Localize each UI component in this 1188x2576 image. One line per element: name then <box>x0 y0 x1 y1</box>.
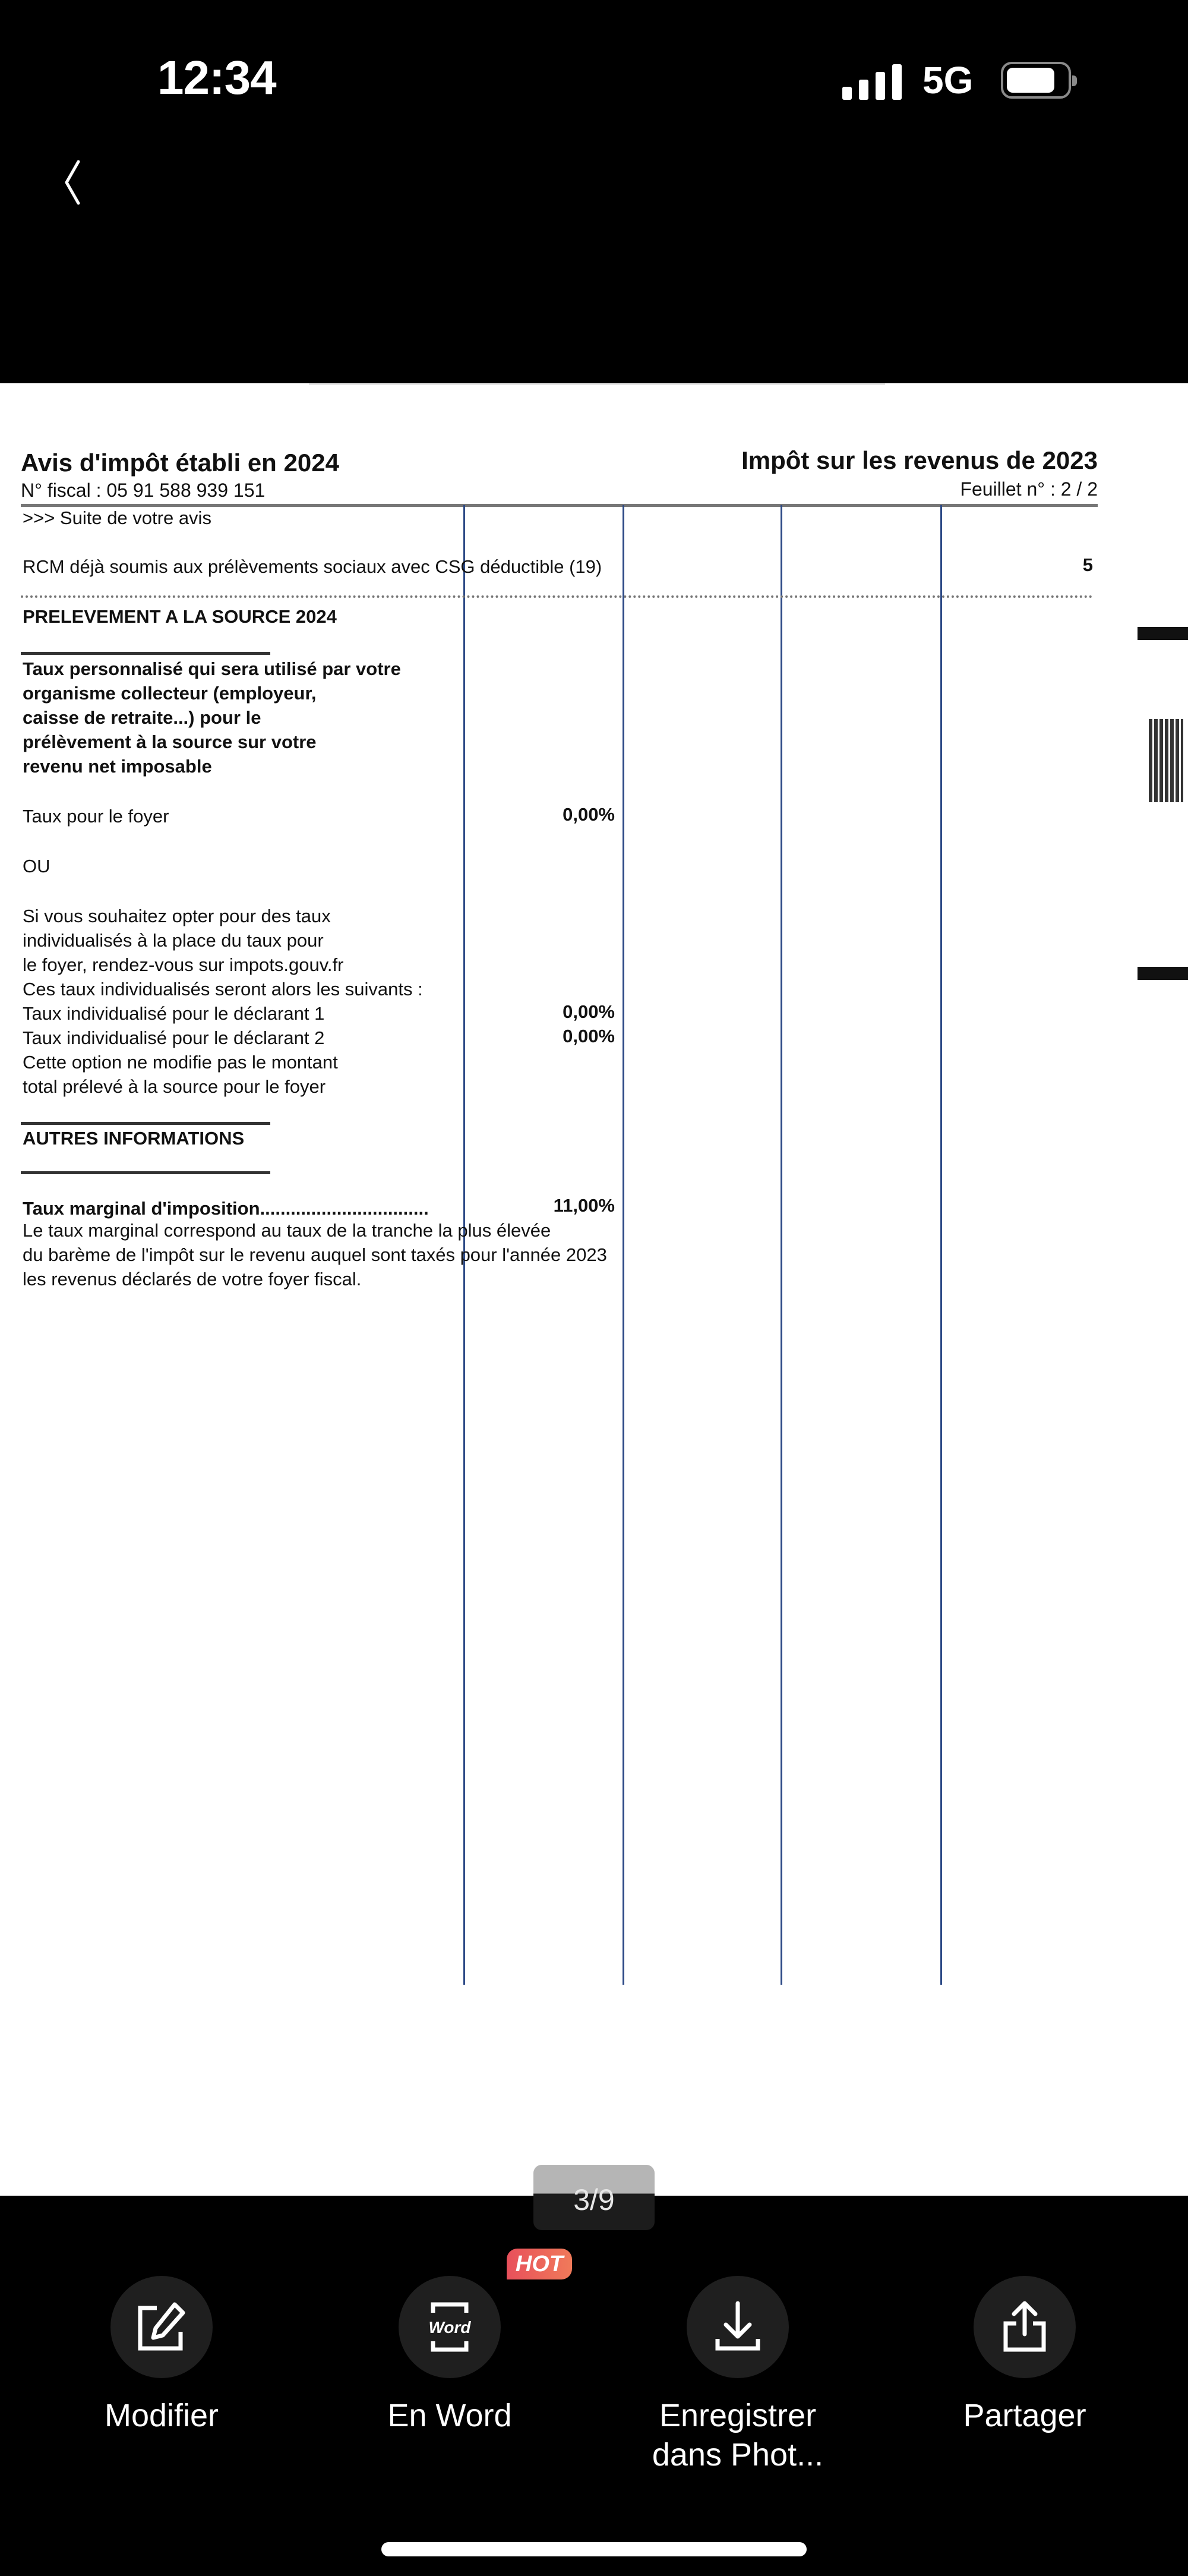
chevron-left-icon <box>59 156 95 209</box>
section-rule <box>21 1171 270 1174</box>
status-bar: 12:34 5G <box>0 0 1188 119</box>
column-line <box>940 505 942 1985</box>
section-rule <box>21 1122 270 1125</box>
option-note-2: total prélevé à la source pour le foyer <box>23 1074 326 1099</box>
status-time: 12:34 <box>157 51 276 105</box>
column-line <box>781 505 782 1985</box>
option-note-1: Cette option ne modifie pas le montant <box>23 1050 338 1074</box>
taux-foyer-value: 0,00% <box>496 804 615 825</box>
individual-text-3: le foyer, rendez-vous sur impots.gouv.fr <box>23 953 343 977</box>
en-word-button[interactable]: Word HOT En Word <box>331 2276 568 2435</box>
word-icon: Word <box>420 2297 479 2357</box>
scan-mark <box>1138 967 1188 980</box>
download-icon <box>708 2297 767 2357</box>
page-indicator-text: 3/9 <box>533 2183 655 2217</box>
taux-marginal-note-1: Le taux marginal correspond au taux de l… <box>23 1218 551 1243</box>
feuillet-number: Feuillet n° : 2 / 2 <box>960 478 1098 500</box>
en-word-label: En Word <box>331 2396 568 2435</box>
page-edge <box>309 383 885 385</box>
save-to-photos-button[interactable]: Enregistrer dans Phot... <box>619 2276 857 2474</box>
individual-text-1: Si vous souhaitez opter pour des taux <box>23 904 331 928</box>
datamatrix-code <box>1149 719 1183 802</box>
declarant1-value: 0,00% <box>496 1001 615 1023</box>
taux-foyer-label: Taux pour le foyer <box>23 804 169 828</box>
hot-badge: HOT <box>507 2249 572 2279</box>
section-rule <box>21 652 270 655</box>
rcm-value: 5 <box>974 554 1093 576</box>
save-label-line1: Enregistrer <box>619 2396 857 2435</box>
taux-marginal-value: 11,00% <box>496 1195 615 1216</box>
partager-button[interactable]: Partager <box>906 2276 1143 2435</box>
declarant1-label: Taux individualisé pour le déclarant 1 <box>23 1001 324 1026</box>
rcm-label: RCM déjà soumis aux prélèvements sociaux… <box>23 554 602 579</box>
network-type: 5G <box>922 58 973 102</box>
home-indicator[interactable] <box>381 2542 807 2556</box>
document-page: Avis d'impôt établi en 2024 N° fiscal : … <box>0 383 1188 2196</box>
doc-title: Avis d'impôt établi en 2024 <box>21 449 339 477</box>
pas-description-1: Taux personnalisé qui sera utilisé par v… <box>23 657 401 681</box>
scan-mark <box>1138 627 1188 640</box>
share-icon <box>995 2297 1054 2357</box>
page-indicator: 3/9 <box>533 2165 655 2230</box>
dotted-separator <box>21 595 1093 598</box>
taux-marginal-note-2: du barème de l'impôt sur le revenu auque… <box>23 1243 607 1267</box>
declarant2-value: 0,00% <box>496 1026 615 1047</box>
save-label-line2: dans Phot... <box>619 2435 857 2474</box>
declarant2-label: Taux individualisé pour le déclarant 2 <box>23 1026 324 1050</box>
modifier-label: Modifier <box>43 2396 280 2435</box>
individual-text-4: Ces taux individualisés seront alors les… <box>23 977 423 1001</box>
taux-marginal-note-3: les revenus déclarés de votre foyer fisc… <box>23 1267 361 1291</box>
svg-text:Word: Word <box>428 2318 471 2337</box>
ou-text: OU <box>23 854 50 878</box>
individual-text-2: individualisés à la place du taux pour <box>23 928 324 953</box>
autres-heading: AUTRES INFORMATIONS <box>23 1126 244 1150</box>
pas-heading: PRELEVEMENT A LA SOURCE 2024 <box>23 604 337 629</box>
modifier-button[interactable]: Modifier <box>43 2276 280 2435</box>
fiscal-number: N° fiscal : 05 91 588 939 151 <box>21 480 265 502</box>
edit-icon <box>132 2297 191 2357</box>
battery-icon <box>1001 62 1071 99</box>
pas-description-5: revenu net imposable <box>23 754 212 778</box>
pas-description-4: prélèvement à la source sur votre <box>23 730 317 754</box>
doc-right-title: Impôt sur les revenus de 2023 <box>741 446 1098 475</box>
pas-description-3: caisse de retraite...) pour le <box>23 705 261 730</box>
suite-text: >>> Suite de votre avis <box>23 506 211 530</box>
taux-marginal-label: Taux marginal d'imposition..............… <box>23 1196 429 1221</box>
partager-label: Partager <box>906 2396 1143 2435</box>
pas-description-2: organisme collecteur (employeur, <box>23 681 316 705</box>
back-button[interactable] <box>59 156 95 209</box>
column-line <box>623 505 624 1985</box>
signal-icon <box>842 64 903 100</box>
